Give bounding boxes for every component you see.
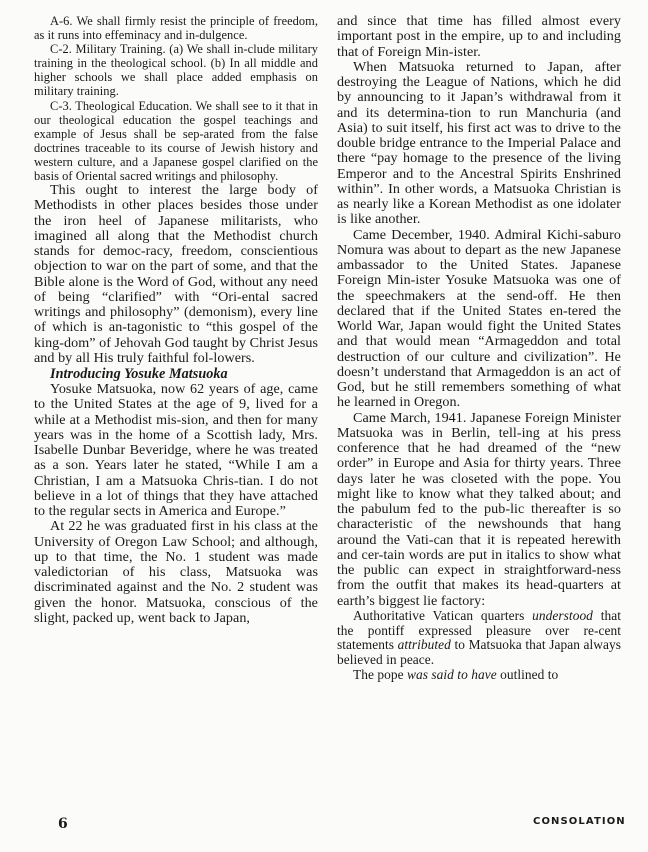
paragraph-december-1940: Came December, 1940. Admiral Kichi-sabur… xyxy=(337,228,621,411)
quote-text: outlined to xyxy=(497,667,559,682)
right-column: and since that time has filled almost ev… xyxy=(337,14,621,683)
quote-italic-understood: understood xyxy=(532,608,593,623)
running-footer: CONSOLATION xyxy=(533,816,626,827)
paragraph-since: and since that time has filled almost ev… xyxy=(337,14,621,60)
section-heading: Introducing Yosuke Matsuoka xyxy=(34,366,318,382)
paragraph-march-1941: Came March, 1941. Japanese Foreign Minis… xyxy=(337,411,621,609)
paragraph-intro-matsuoka: Yosuke Matsuoka, now 62 years of age, ca… xyxy=(34,382,318,519)
paragraph-c2-military-training: C-2. Military Training. (a) We shall in-… xyxy=(34,42,318,98)
magazine-page: A-6. We shall firmly resist the principl… xyxy=(0,0,648,852)
page-number: 6 xyxy=(58,816,68,832)
quote-italic-said-to-have: was said to have xyxy=(407,667,497,682)
paragraph-methodists: This ought to interest the large body of… xyxy=(34,183,318,366)
quote-paragraph-1: Authoritative Vatican quarters understoo… xyxy=(337,609,621,668)
left-column: A-6. We shall firmly resist the principl… xyxy=(34,14,318,626)
paragraph-returned: When Matsuoka returned to Japan, after d… xyxy=(337,60,621,228)
quote-text: Authoritative Vatican quarters xyxy=(353,608,532,623)
quote-text: The pope xyxy=(353,667,407,682)
paragraph-graduated: At 22 he was graduated first in his clas… xyxy=(34,519,318,626)
quote-paragraph-2: The pope was said to have outlined to xyxy=(337,668,621,683)
paragraph-a6: A-6. We shall firmly resist the principl… xyxy=(34,14,318,42)
paragraph-c3-theological-education: C-3. Theological Education. We shall see… xyxy=(34,99,318,184)
quote-italic-attributed: attributed xyxy=(398,637,451,652)
